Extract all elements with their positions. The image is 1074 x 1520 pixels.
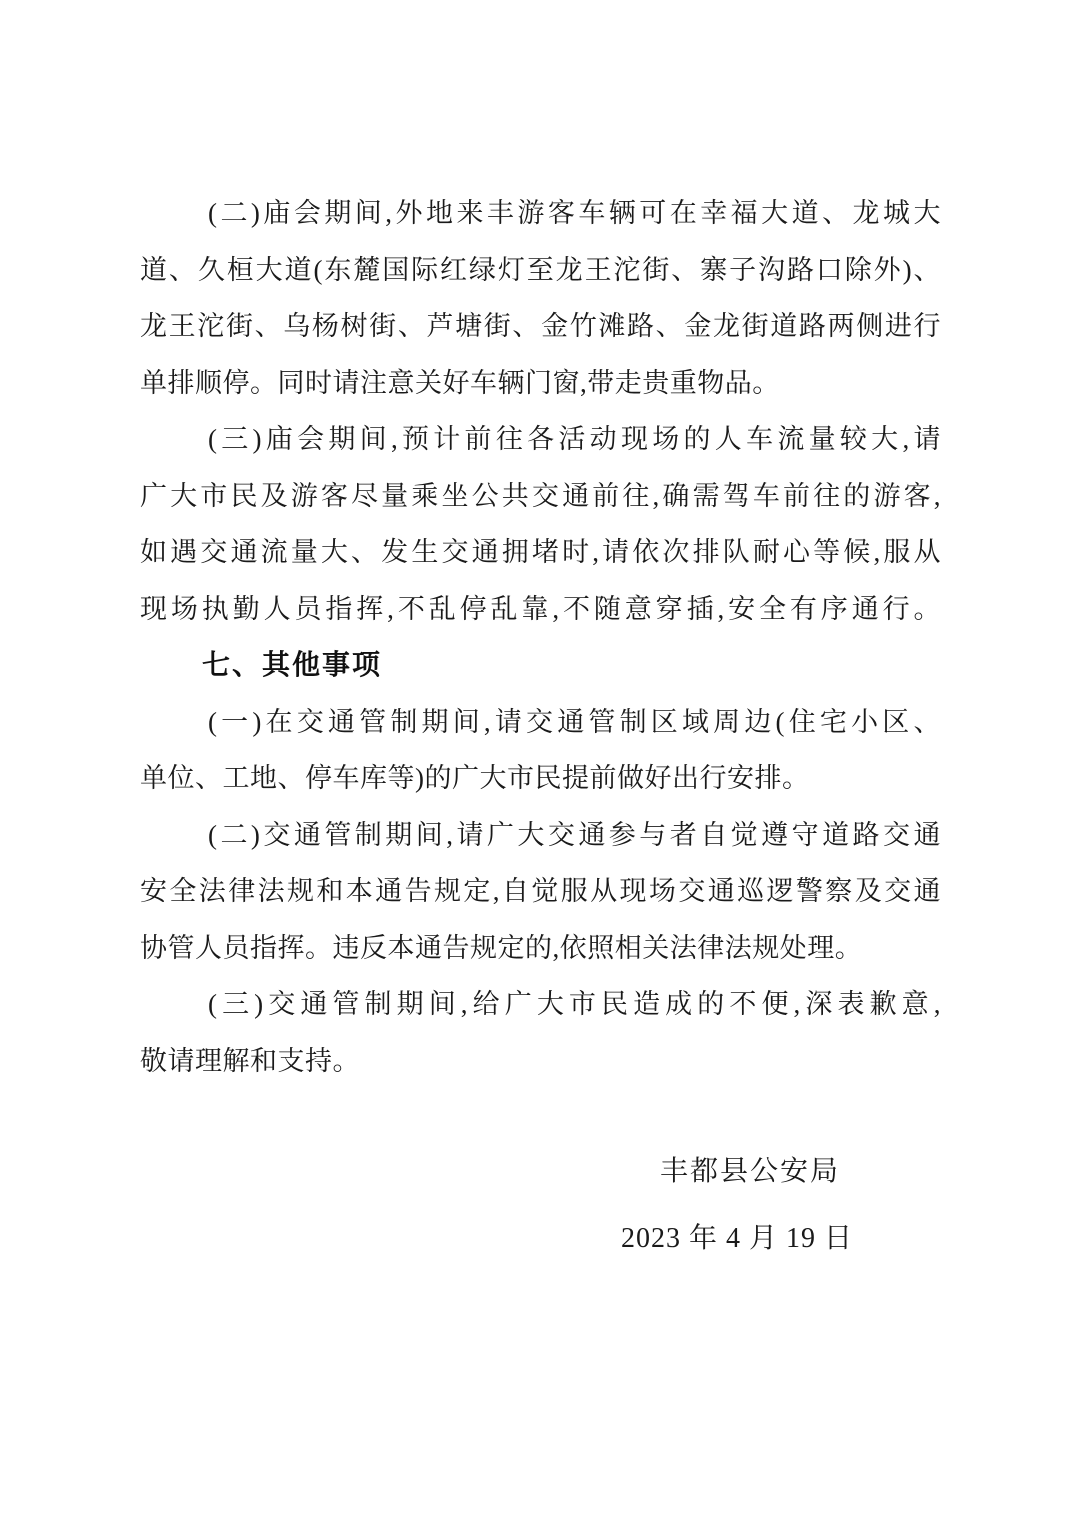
text-line: 如遇交通流量大、发生交通拥堵时,请依次排队耐心等候,服从 <box>140 524 941 581</box>
document-body: (二)庙会期间,外地来丰游客车辆可在幸福大道、龙城大道、久桓大道(东麓国际红绿灯… <box>140 185 941 1268</box>
text-line: 广大市民及游客尽量乘坐公共交通前往,确需驾车前往的游客, <box>140 468 941 525</box>
para-other-3: (三)交通管制期间,给广大市民造成的不便,深表歉意,敬请理解和支持。 <box>140 976 941 1089</box>
text-line: 单排顺停。同时请注意关好车辆门窗,带走贵重物品。 <box>140 355 941 412</box>
document-page: (二)庙会期间,外地来丰游客车辆可在幸福大道、龙城大道、久桓大道(东麓国际红绿灯… <box>0 0 1074 1520</box>
text-line: (二)交通管制期间,请广大交通参与者自觉遵守道路交通 <box>140 807 941 864</box>
signature-block: 丰都县公安局 2023 年 4 月 19 日 <box>140 1143 941 1268</box>
text-line: 协管人员指挥。违反本通告规定的,依照相关法律法规处理。 <box>140 920 941 977</box>
text-line: 道、久桓大道(东麓国际红绿灯至龙王沱街、寨子沟路口除外)、 <box>140 242 941 299</box>
section-heading-other-matters: 七、其他事项 <box>140 637 941 694</box>
text-line: (三)交通管制期间,给广大市民造成的不便,深表歉意, <box>140 976 941 1033</box>
text-line: 安全法律法规和本通告规定,自觉服从现场交通巡逻警察及交通 <box>140 863 941 920</box>
text-line: (三)庙会期间,预计前往各活动现场的人车流量较大,请 <box>140 411 941 468</box>
text-line: 龙王沱街、乌杨树街、芦塘街、金竹滩路、金龙街道路两侧进行 <box>140 298 941 355</box>
text-line: 现场执勤人员指挥,不乱停乱靠,不随意穿插,安全有序通行。 <box>140 581 941 638</box>
text-line: 敬请理解和支持。 <box>140 1033 941 1090</box>
issuing-agency-signature: 丰都县公安局 <box>140 1143 941 1201</box>
text-line: 单位、工地、停车库等)的广大市民提前做好出行安排。 <box>140 750 941 807</box>
para-other-2: (二)交通管制期间,请广大交通参与者自觉遵守道路交通安全法律法规和本通告规定,自… <box>140 807 941 977</box>
para-temple-fair-traffic: (三)庙会期间,预计前往各活动现场的人车流量较大,请广大市民及游客尽量乘坐公共交… <box>140 411 941 637</box>
issue-date: 2023 年 4 月 19 日 <box>140 1210 941 1268</box>
document-blocks: (二)庙会期间,外地来丰游客车辆可在幸福大道、龙城大道、久桓大道(东麓国际红绿灯… <box>140 185 941 1089</box>
text-line: (二)庙会期间,外地来丰游客车辆可在幸福大道、龙城大 <box>140 185 941 242</box>
para-temple-fair-parking: (二)庙会期间,外地来丰游客车辆可在幸福大道、龙城大道、久桓大道(东麓国际红绿灯… <box>140 185 941 411</box>
para-other-1: (一)在交通管制期间,请交通管制区域周边(住宅小区、单位、工地、停车库等)的广大… <box>140 694 941 807</box>
text-line: (一)在交通管制期间,请交通管制区域周边(住宅小区、 <box>140 694 941 751</box>
